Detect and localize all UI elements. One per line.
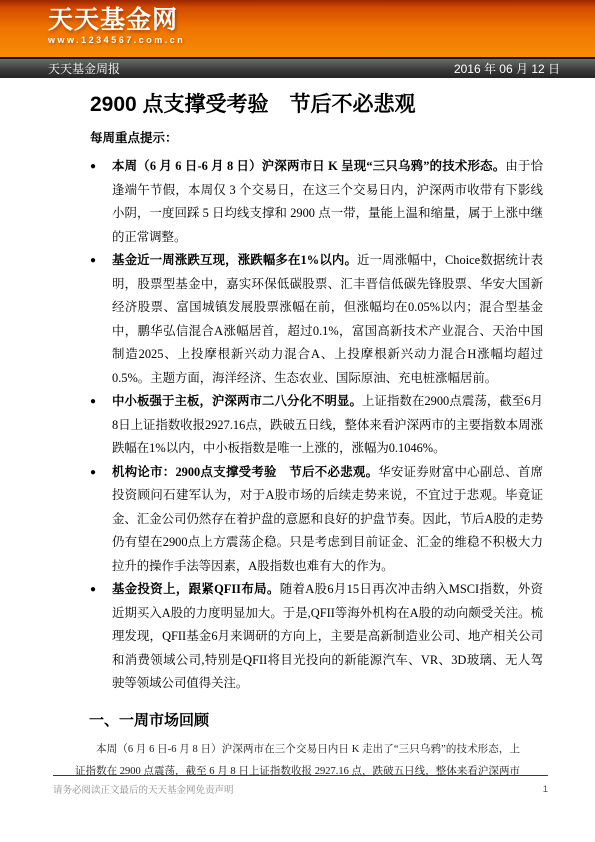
- bullet-item-smallcap: 中小板强于主板，沪深两市二八分化不明显。上证指数在2900点震荡，截至6月8日上…: [90, 390, 543, 461]
- bullet-item-institution-view: 机构论市：2900点支撑受考验 节后不必悲观。华安证券财富中心副总、首席投资顾问…: [90, 461, 543, 579]
- bullet-lead: 中小板强于主板，沪深两市二八分化不明显。: [112, 394, 362, 408]
- bullet-lead: 基金投资上，跟紧QFII布局。: [112, 582, 280, 596]
- header-banner: 天天基金网 www.1234567.com.cn: [0, 0, 595, 57]
- footer-disclaimer: 请务必阅读正文最后的天天基金网免责声明: [53, 782, 234, 796]
- page-number: 1: [543, 784, 548, 795]
- report-type-label: 天天基金周报: [48, 60, 120, 77]
- bullet-body: 近一周涨幅中，Choice数据统计表明，股票型基金中，嘉实环保低碳股票、汇丰晋信…: [112, 253, 543, 385]
- page-footer: 请务必阅读正文最后的天天基金网免责声明 1: [53, 775, 548, 796]
- bullet-body: 随着A股6月15日再次冲击纳入MSCI指数，外资近期买入A股的力度明显加大。于是…: [112, 582, 543, 690]
- site-logo: 天天基金网 www.1234567.com.cn: [0, 0, 595, 45]
- highlight-bullet-list: 本周（6 月 6 日-6 月 8 日）沪深两市日 K 呈现“三只乌鸦”的技术形态…: [90, 155, 543, 696]
- bullet-item-fund-performance: 基金近一周涨跌互现，涨跌幅多在1%以内。近一周涨幅中，Choice数据统计表明，…: [90, 249, 543, 390]
- report-page: 天天基金网 www.1234567.com.cn 天天基金周报 2016 年 0…: [0, 0, 595, 842]
- document-title: 2900 点支撑受考验 节后不必悲观: [90, 92, 543, 117]
- bullet-lead: 基金近一周涨跌互现，涨跌幅多在1%以内。: [112, 253, 357, 267]
- logo-title: 天天基金网: [48, 7, 595, 34]
- bullet-lead: 本周（6 月 6 日-6 月 8 日）沪深两市日 K 呈现“三只乌鸦”的技术形态…: [112, 159, 505, 173]
- report-date: 2016 年 06 月 12 日: [454, 60, 560, 77]
- bullet-item-market-pattern: 本周（6 月 6 日-6 月 8 日）沪深两市日 K 呈现“三只乌鸦”的技术形态…: [90, 155, 543, 249]
- report-bar: 天天基金周报 2016 年 06 月 12 日: [0, 57, 595, 78]
- logo-url: www.1234567.com.cn: [48, 35, 595, 45]
- bullet-lead: 机构论市：2900点支撑受考验 节后不必悲观。: [112, 465, 378, 479]
- document-body: 2900 点支撑受考验 节后不必悲观 每周重点提示： 本周（6 月 6 日-6 …: [0, 78, 595, 786]
- weekly-tips-label: 每周重点提示：: [90, 128, 543, 146]
- section-heading-market-review: 一、一周市场回顾: [89, 709, 543, 730]
- bullet-item-qfii: 基金投资上，跟紧QFII布局。随着A股6月15日再次冲击纳入MSCI指数，外资近…: [90, 578, 543, 696]
- bullet-body: 华安证券财富中心副总、首席投资顾问石建军认为，对于A股市场的后续走势来说，不宜过…: [112, 465, 543, 573]
